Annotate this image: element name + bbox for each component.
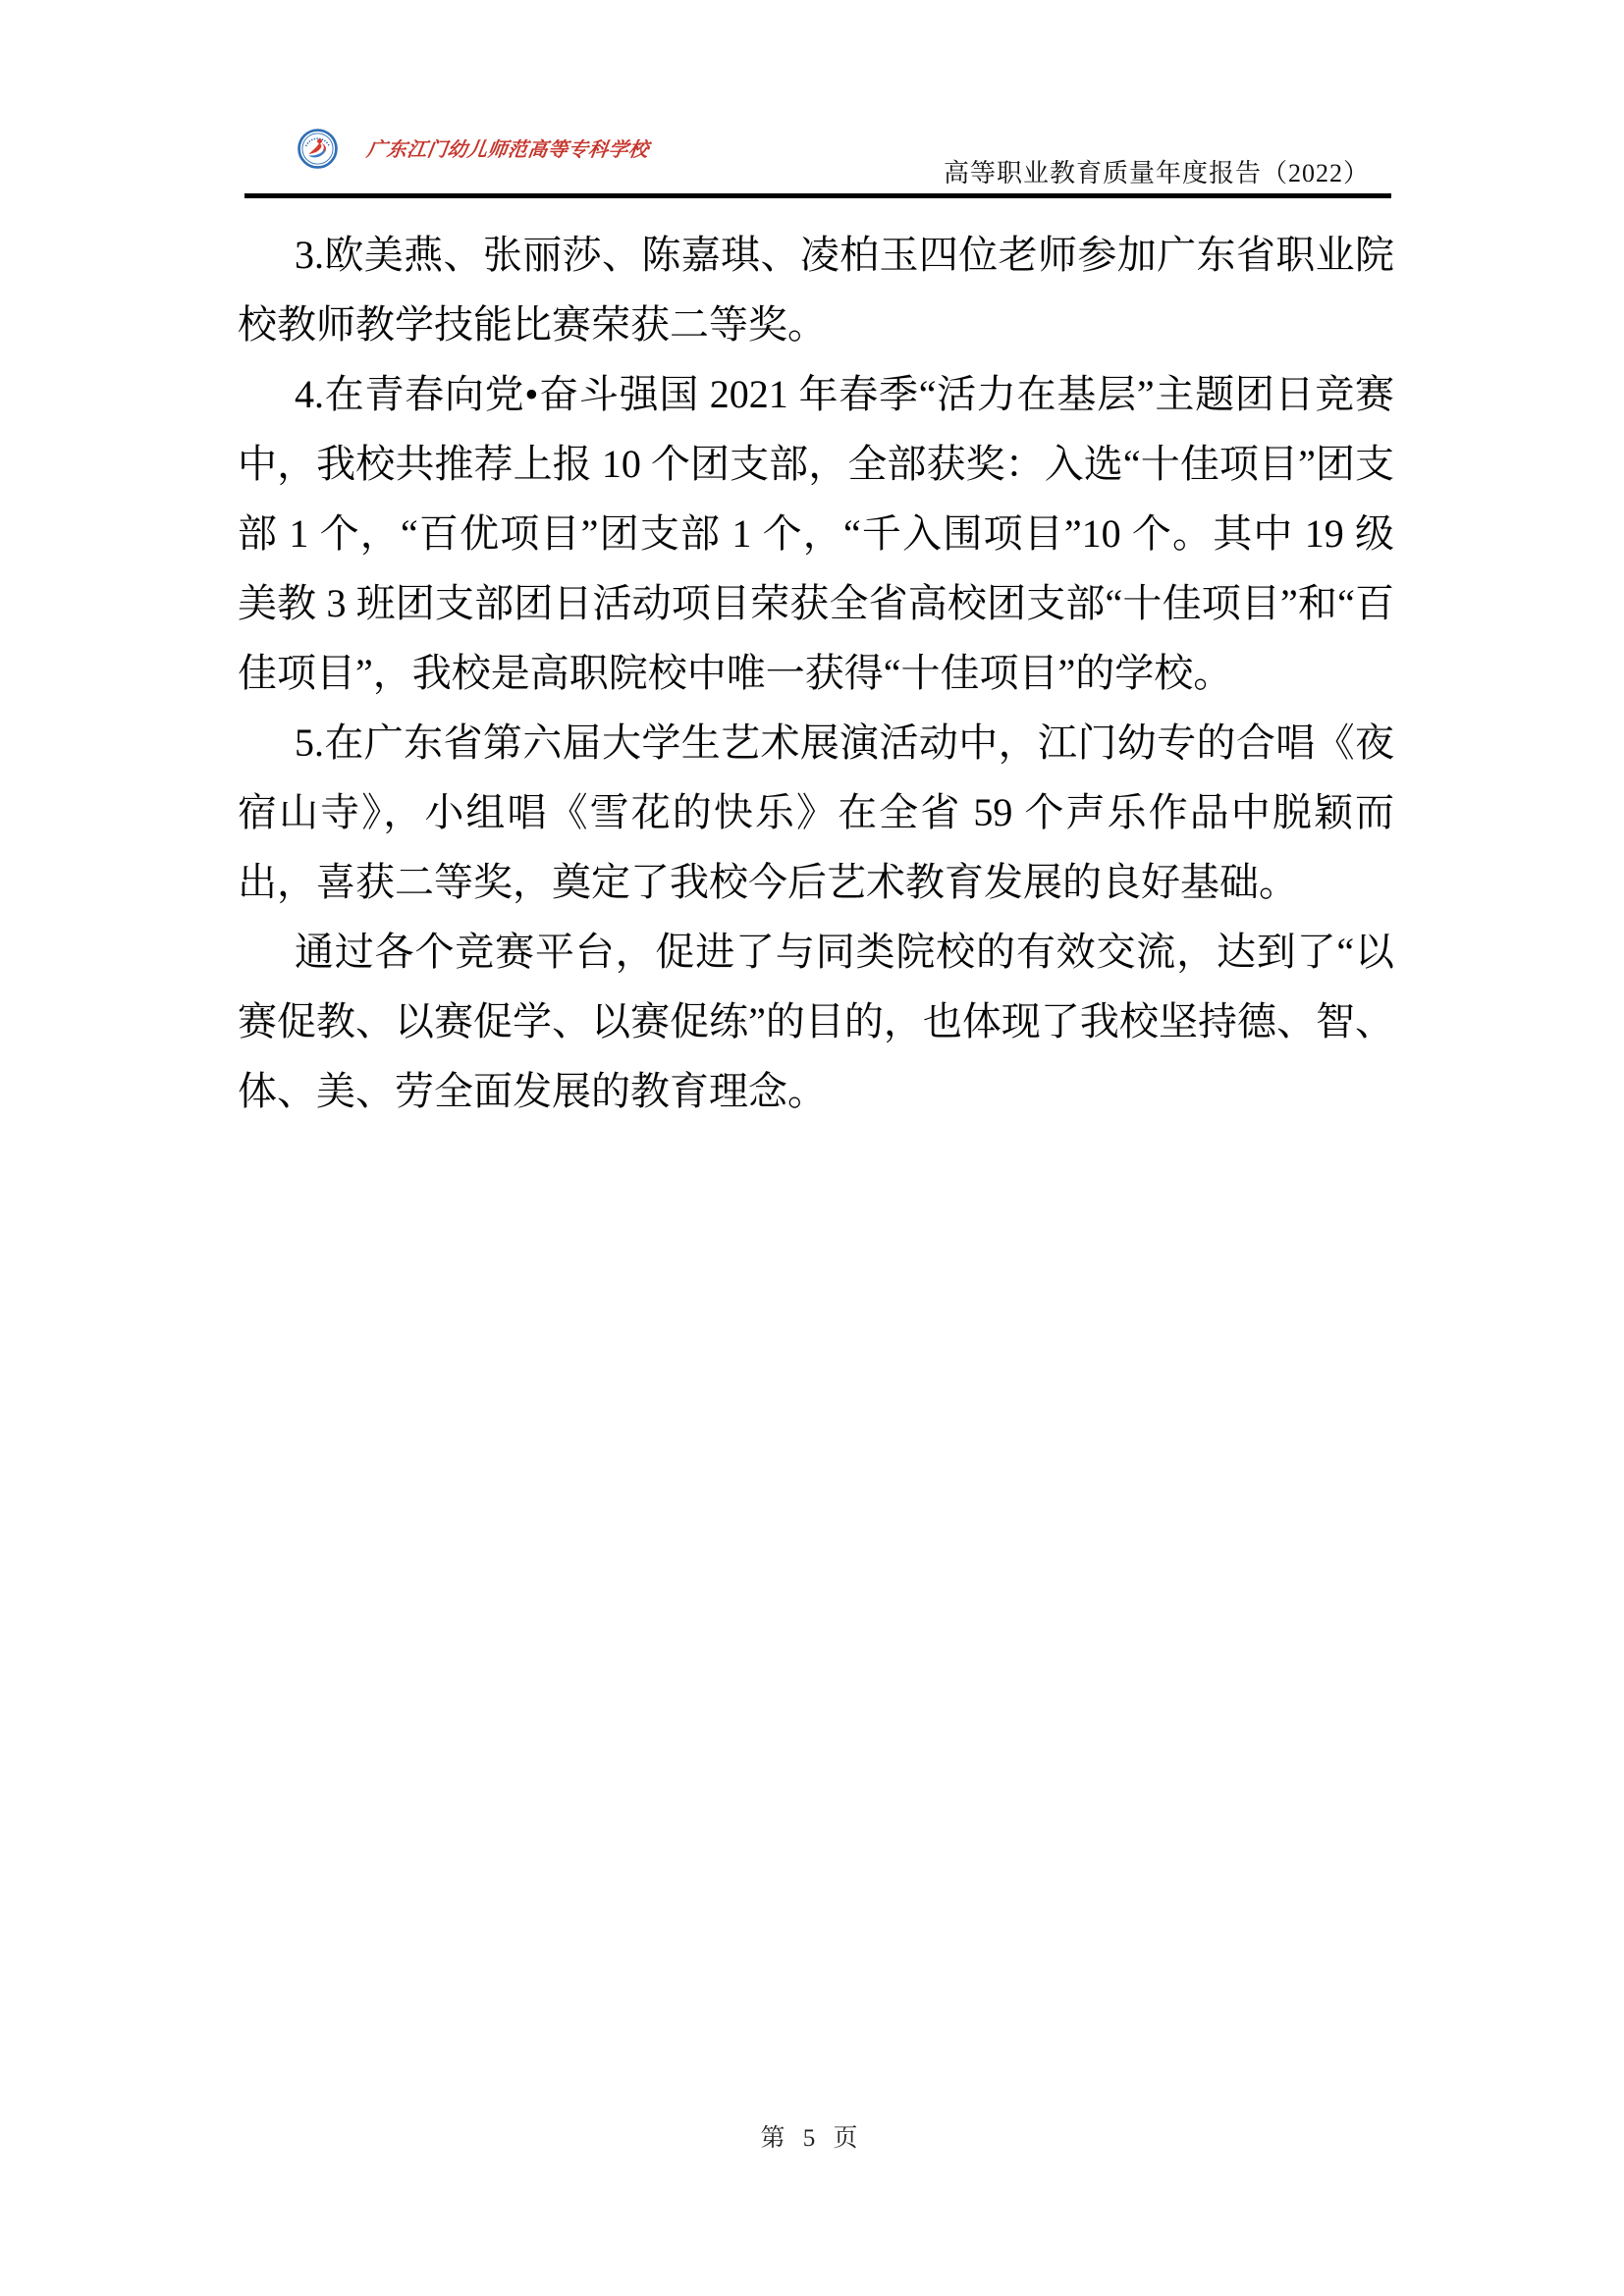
report-title: 高等职业教育质量年度报告（2022） [944, 153, 1370, 189]
paragraph-item-5: 5.在广东省第六届大学生艺术展演活动中，江门幼专的合唱《夜宿山寺》，小组唱《雪花… [238, 708, 1394, 917]
document-body: 3.欧美燕、张丽莎、陈嘉琪、凌柏玉四位老师参加广东省职业院校教师教学技能比赛荣获… [238, 220, 1394, 1126]
school-name-calligraphy: 广东江门幼儿师范高等专科学校 [365, 133, 664, 162]
paragraph-summary: 通过各个竞赛平台，促进了与同类院校的有效交流，达到了“以赛促教、以赛促学、以赛促… [238, 917, 1394, 1126]
school-logo-icon [298, 129, 338, 169]
paragraph-item-4: 4.在青春向党•奋斗强国 2021 年春季“活力在基层”主题团日竞赛中，我校共推… [238, 359, 1394, 708]
document-page: 广东江门幼儿师范高等专科学校 高等职业教育质量年度报告（2022） 3.欧美燕、… [0, 0, 1624, 2296]
page-number: 第 5 页 [0, 2118, 1624, 2154]
paragraph-item-3: 3.欧美燕、张丽莎、陈嘉琪、凌柏玉四位老师参加广东省职业院校教师教学技能比赛荣获… [238, 220, 1394, 359]
header-divider [244, 193, 1391, 198]
